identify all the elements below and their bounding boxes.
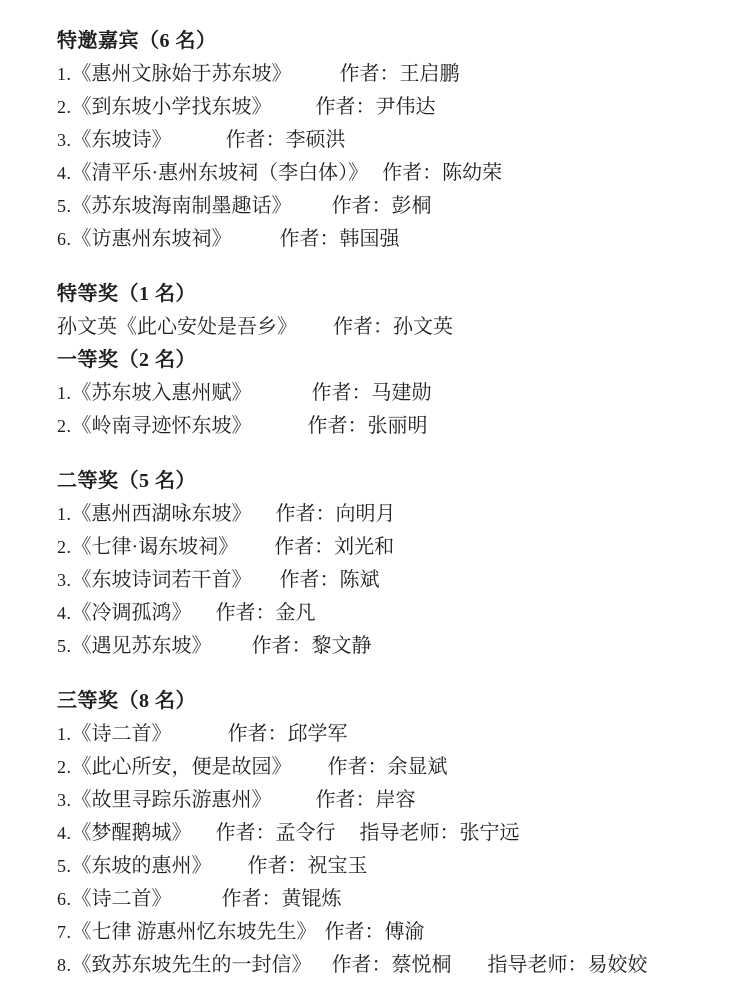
entry-line: 6.《访惠州东坡祠》作者：韩国强 (57, 223, 710, 256)
entry-gap (252, 398, 312, 399)
entry-gap (292, 79, 340, 80)
entry-line: 3.《故里寻踪乐游惠州》作者：岸容 (57, 784, 710, 817)
entry-title: 《惠州文脉始于苏东坡》 (72, 63, 292, 85)
entry-author: 作者：傅渝 (325, 921, 425, 943)
entry-teacher: 指导老师：易姣姣 (488, 954, 648, 976)
entry-title: 《清平乐·惠州东坡祠（李白体）》 (72, 162, 369, 184)
entry-number: 1. (57, 498, 72, 531)
entry-author: 作者：张丽明 (308, 415, 428, 437)
entry-title: 《东坡诗》 (72, 129, 172, 151)
entry-title: 《七律·谒东坡祠》 (72, 536, 239, 558)
entry-author: 作者：王启鹏 (340, 63, 460, 85)
entry-author: 作者：向明月 (276, 503, 396, 525)
entry-author: 作者：马建勋 (312, 382, 432, 404)
entry-line: 2.《此心所安，便是故园》作者：余显斌 (57, 751, 710, 784)
entry-number: 3. (57, 124, 72, 157)
entry-author: 作者：岸容 (316, 789, 416, 811)
entry-gap (336, 838, 360, 839)
award-section: 特等奖（1 名）孙文英《此心安处是吾乡》作者：孙文英 (57, 278, 710, 344)
entry-author: 作者：尹伟达 (316, 96, 436, 118)
entry-gap (238, 552, 274, 553)
entry-number: 5. (57, 190, 72, 223)
entry-author: 作者：邱学军 (228, 723, 348, 745)
entry-number: 5. (57, 630, 72, 663)
entry-title: 《梦醒鹅城》 (72, 822, 192, 844)
entry-gap (172, 739, 228, 740)
entry-gap (292, 772, 328, 773)
entry-line: 5.《苏东坡海南制墨趣话》作者：彭桐 (57, 190, 710, 223)
entry-line: 7.《七律 游惠州忆东坡先生》作者：傅渝 (57, 916, 710, 949)
entry-gap (252, 519, 276, 520)
entry-gap (192, 838, 216, 839)
entry-line: 1.《苏东坡入惠州赋》作者：马建勋 (57, 377, 710, 410)
entry-number: 1. (57, 718, 72, 751)
entry-line: 3.《东坡诗词若干首》作者：陈斌 (57, 564, 710, 597)
entry-gap (452, 970, 488, 971)
entry-author: 作者：孟令行 (216, 822, 336, 844)
entry-line: 4.《梦醒鹅城》作者：孟令行指导老师：张宁远 (57, 817, 710, 850)
entry-author: 作者：韩国强 (280, 228, 400, 250)
entry-gap (368, 178, 382, 179)
entry-author: 作者：彭桐 (332, 195, 432, 217)
entry-title: 《惠州西湖咏东坡》 (72, 503, 252, 525)
entry-gap (272, 805, 316, 806)
entry-gap (252, 431, 308, 432)
award-section: 一等奖（2 名）1.《苏东坡入惠州赋》作者：马建勋2.《岭南寻迹怀东坡》作者：张… (57, 344, 710, 443)
entry-gap (172, 904, 222, 905)
entry-line: 1.《惠州西湖咏东坡》作者：向明月 (57, 498, 710, 531)
entry-author: 作者：陈斌 (280, 569, 380, 591)
entry-gap (272, 112, 316, 113)
entry-line: 2.《到东坡小学找东坡》作者：尹伟达 (57, 91, 710, 124)
entry-gap (212, 871, 248, 872)
entry-author: 作者：孙文英 (333, 316, 453, 338)
entry-title: 孙文英《此心安处是吾乡》 (57, 316, 297, 338)
award-section: 特邀嘉宾（6 名）1.《惠州文脉始于苏东坡》作者：王启鹏2.《到东坡小学找东坡》… (57, 25, 710, 256)
entry-gap (317, 937, 325, 938)
entry-teacher: 指导老师：张宁远 (360, 822, 520, 844)
entry-line: 3.《东坡诗》作者：李硕洪 (57, 124, 710, 157)
entry-line: 8.《致苏东坡先生的一封信》作者：蔡悦桐指导老师：易姣姣 (57, 949, 710, 982)
entry-author: 作者：黄锟炼 (222, 888, 342, 910)
document-page: 特邀嘉宾（6 名）1.《惠州文脉始于苏东坡》作者：王启鹏2.《到东坡小学找东坡》… (0, 0, 750, 983)
entry-number: 3. (57, 564, 72, 597)
entry-author: 作者：祝宝玉 (248, 855, 368, 877)
entry-gap (252, 585, 280, 586)
entry-line: 5.《遇见苏东坡》作者：黎文静 (57, 630, 710, 663)
entry-title: 《故里寻踪乐游惠州》 (72, 789, 272, 811)
entry-title: 《东坡的惠州》 (72, 855, 212, 877)
entry-gap (232, 244, 280, 245)
entry-author: 作者：刘光和 (274, 536, 394, 558)
entry-number: 2. (57, 531, 72, 564)
entry-number: 6. (57, 883, 72, 916)
entry-number: 3. (57, 784, 72, 817)
entry-line: 2.《岭南寻迹怀东坡》作者：张丽明 (57, 410, 710, 443)
entry-line: 4.《清平乐·惠州东坡祠（李白体）》作者：陈幼荣 (57, 157, 710, 190)
entry-title: 《冷调孤鸿》 (72, 602, 192, 624)
entry-gap (292, 211, 332, 212)
entry-title: 《东坡诗词若干首》 (72, 569, 252, 591)
section-heading: 特邀嘉宾（6 名） (57, 25, 710, 58)
entry-line: 1.《诗二首》作者：邱学军 (57, 718, 710, 751)
entry-line: 1.《惠州文脉始于苏东坡》作者：王启鹏 (57, 58, 710, 91)
entry-title: 《致苏东坡先生的一封信》 (72, 954, 312, 976)
entry-number: 8. (57, 949, 72, 982)
entry-author: 作者：蔡悦桐 (332, 954, 452, 976)
entry-gap (172, 145, 226, 146)
entry-line: 4.《冷调孤鸿》作者：金凡 (57, 597, 710, 630)
entry-number: 1. (57, 377, 72, 410)
entry-line: 2.《七律·谒东坡祠》作者：刘光和 (57, 531, 710, 564)
entry-title: 《诗二首》 (72, 888, 172, 910)
section-heading: 二等奖（5 名） (57, 465, 710, 498)
entry-gap (312, 970, 332, 971)
entry-number: 4. (57, 157, 72, 190)
entry-title: 《此心所安，便是故园》 (72, 756, 292, 778)
section-heading: 三等奖（8 名） (57, 685, 710, 718)
entry-number: 2. (57, 751, 72, 784)
entry-line: 孙文英《此心安处是吾乡》作者：孙文英 (57, 311, 710, 344)
award-section: 三等奖（8 名）1.《诗二首》作者：邱学军2.《此心所安，便是故园》作者：余显斌… (57, 685, 710, 982)
award-section: 二等奖（5 名）1.《惠州西湖咏东坡》作者：向明月2.《七律·谒东坡祠》作者：刘… (57, 465, 710, 663)
entry-number: 4. (57, 817, 72, 850)
entry-title: 《岭南寻迹怀东坡》 (72, 415, 252, 437)
entry-number: 6. (57, 223, 72, 256)
entry-line: 6.《诗二首》作者：黄锟炼 (57, 883, 710, 916)
entry-author: 作者：黎文静 (252, 635, 372, 657)
entry-title: 《访惠州东坡祠》 (72, 228, 232, 250)
entry-title: 《苏东坡海南制墨趣话》 (72, 195, 292, 217)
entry-title: 《七律 游惠州忆东坡先生》 (72, 921, 317, 943)
entry-number: 4. (57, 597, 72, 630)
entry-gap (212, 651, 252, 652)
entry-title: 《苏东坡入惠州赋》 (72, 382, 252, 404)
entry-number: 2. (57, 410, 72, 443)
entry-number: 1. (57, 58, 72, 91)
entry-number: 7. (57, 916, 72, 949)
entry-author: 作者：余显斌 (328, 756, 448, 778)
entry-gap (192, 618, 216, 619)
section-heading: 一等奖（2 名） (57, 344, 710, 377)
entry-title: 《到东坡小学找东坡》 (72, 96, 272, 118)
entry-title: 《遇见苏东坡》 (72, 635, 212, 657)
entry-number: 2. (57, 91, 72, 124)
entry-title: 《诗二首》 (72, 723, 172, 745)
document-body: 特邀嘉宾（6 名）1.《惠州文脉始于苏东坡》作者：王启鹏2.《到东坡小学找东坡》… (57, 25, 710, 982)
entry-gap (297, 332, 333, 333)
entry-line: 5.《东坡的惠州》作者：祝宝玉 (57, 850, 710, 883)
entry-author: 作者：陈幼荣 (382, 162, 502, 184)
entry-number: 5. (57, 850, 72, 883)
entry-author: 作者：李硕洪 (226, 129, 346, 151)
entry-author: 作者：金凡 (216, 602, 316, 624)
section-heading: 特等奖（1 名） (57, 278, 710, 311)
